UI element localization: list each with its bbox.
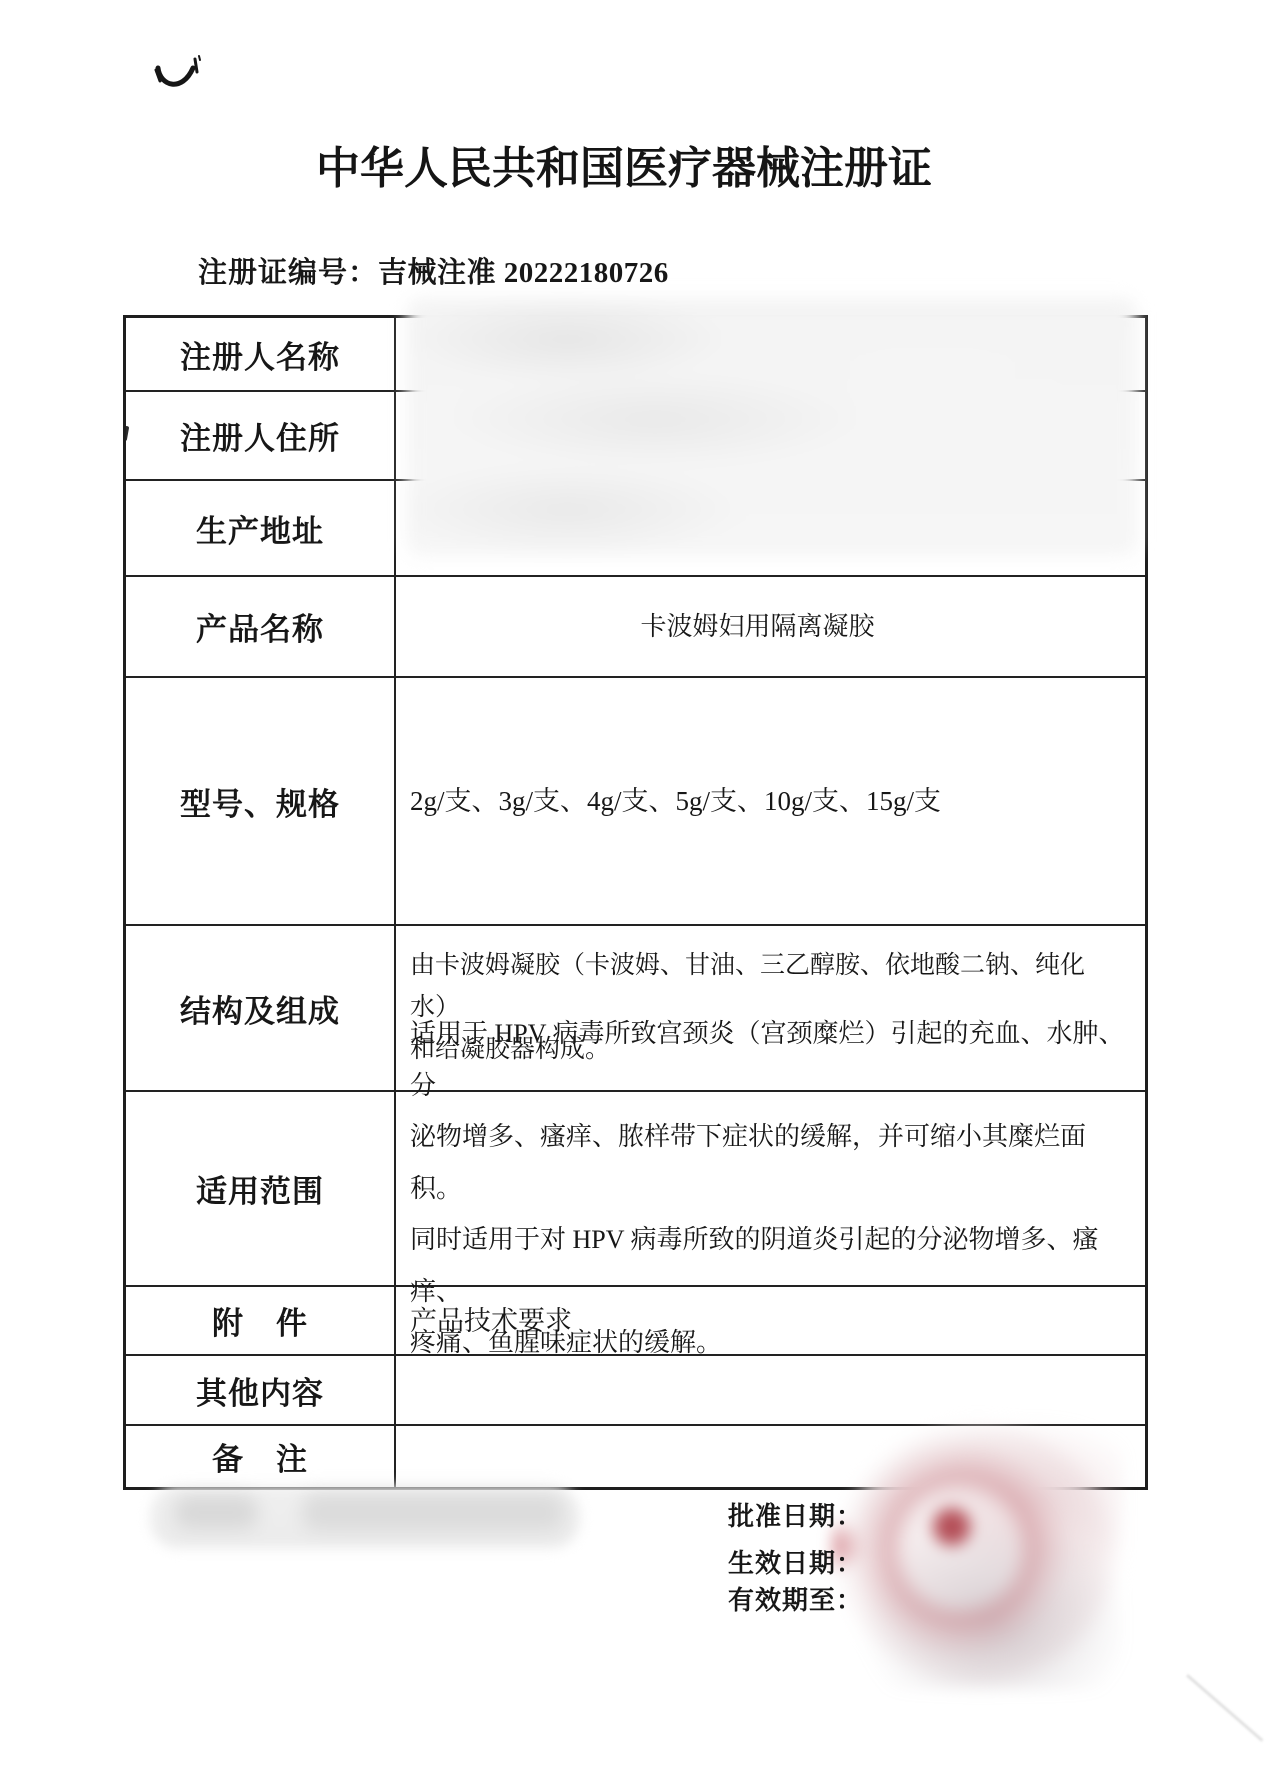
row-label: 注册人名称 <box>126 318 396 390</box>
redaction-blur-registrant-info <box>407 298 1137 556</box>
row-value: 卡波姆妇用隔离凝胶 <box>396 577 1145 676</box>
valid-until-label: 有效期至： <box>728 1586 863 1616</box>
approval-date-label: 批准日期： <box>728 1502 863 1532</box>
cert-number-value: 吉械注准 20222180726 <box>378 257 669 289</box>
row-label: 注册人住所 <box>126 392 396 479</box>
redacted-text-blob <box>302 1493 564 1531</box>
row-value: 2g/支、3g/支、4g/支、5g/支、10g/支、15g/支 <box>396 678 1145 924</box>
row-label: 型号、规格 <box>126 678 396 924</box>
table-row-product-name: 产品名称 卡波姆妇用隔离凝胶 <box>126 577 1145 678</box>
cert-number-label: 注册证编号： <box>198 255 378 289</box>
table-row-other-content: 其他内容 <box>126 1356 1145 1426</box>
row-label: 生产地址 <box>126 481 396 575</box>
table-row-scope-of-application: 适用范围 适用于 HPV 病毒所致宫颈炎（宫颈糜烂）引起的充血、水肿、分 泌物增… <box>126 1092 1145 1287</box>
table-row-model-spec: 型号、规格 2g/支、3g/支、4g/支、5g/支、10g/支、15g/支 <box>126 678 1145 926</box>
redacted-text-blob <box>174 1495 258 1529</box>
page-title: 中华人民共和国医疗器械注册证 <box>316 140 932 198</box>
handwritten-mark <box>146 46 212 102</box>
effective-date-label: 生效日期： <box>728 1549 863 1579</box>
row-label: 其他内容 <box>126 1356 396 1424</box>
red-stamp-blur <box>832 1418 1124 1690</box>
redaction-blur-bottom-left <box>150 1486 580 1548</box>
row-label: 结构及组成 <box>126 926 396 1090</box>
table-row-attachment: 附 件 产品技术要求 <box>126 1287 1145 1356</box>
scan-artifact-line <box>1186 1674 1263 1742</box>
row-label: 产品名称 <box>126 577 396 676</box>
certificate-page: 中华人民共和国医疗器械注册证 注册证编号：吉械注准 20222180726 注册… <box>0 0 1280 1788</box>
row-value: 产品技术要求 <box>396 1287 1145 1354</box>
row-label: 备 注 <box>126 1426 396 1487</box>
cert-number-line: 注册证编号：吉械注准 20222180726 <box>198 252 669 293</box>
row-value: 适用于 HPV 病毒所致宫颈炎（宫颈糜烂）引起的充血、水肿、分 泌物增多、瘙痒、… <box>396 1092 1145 1285</box>
row-label: 附 件 <box>126 1287 396 1354</box>
row-value <box>396 1356 1145 1424</box>
row-label: 适用范围 <box>126 1092 396 1285</box>
